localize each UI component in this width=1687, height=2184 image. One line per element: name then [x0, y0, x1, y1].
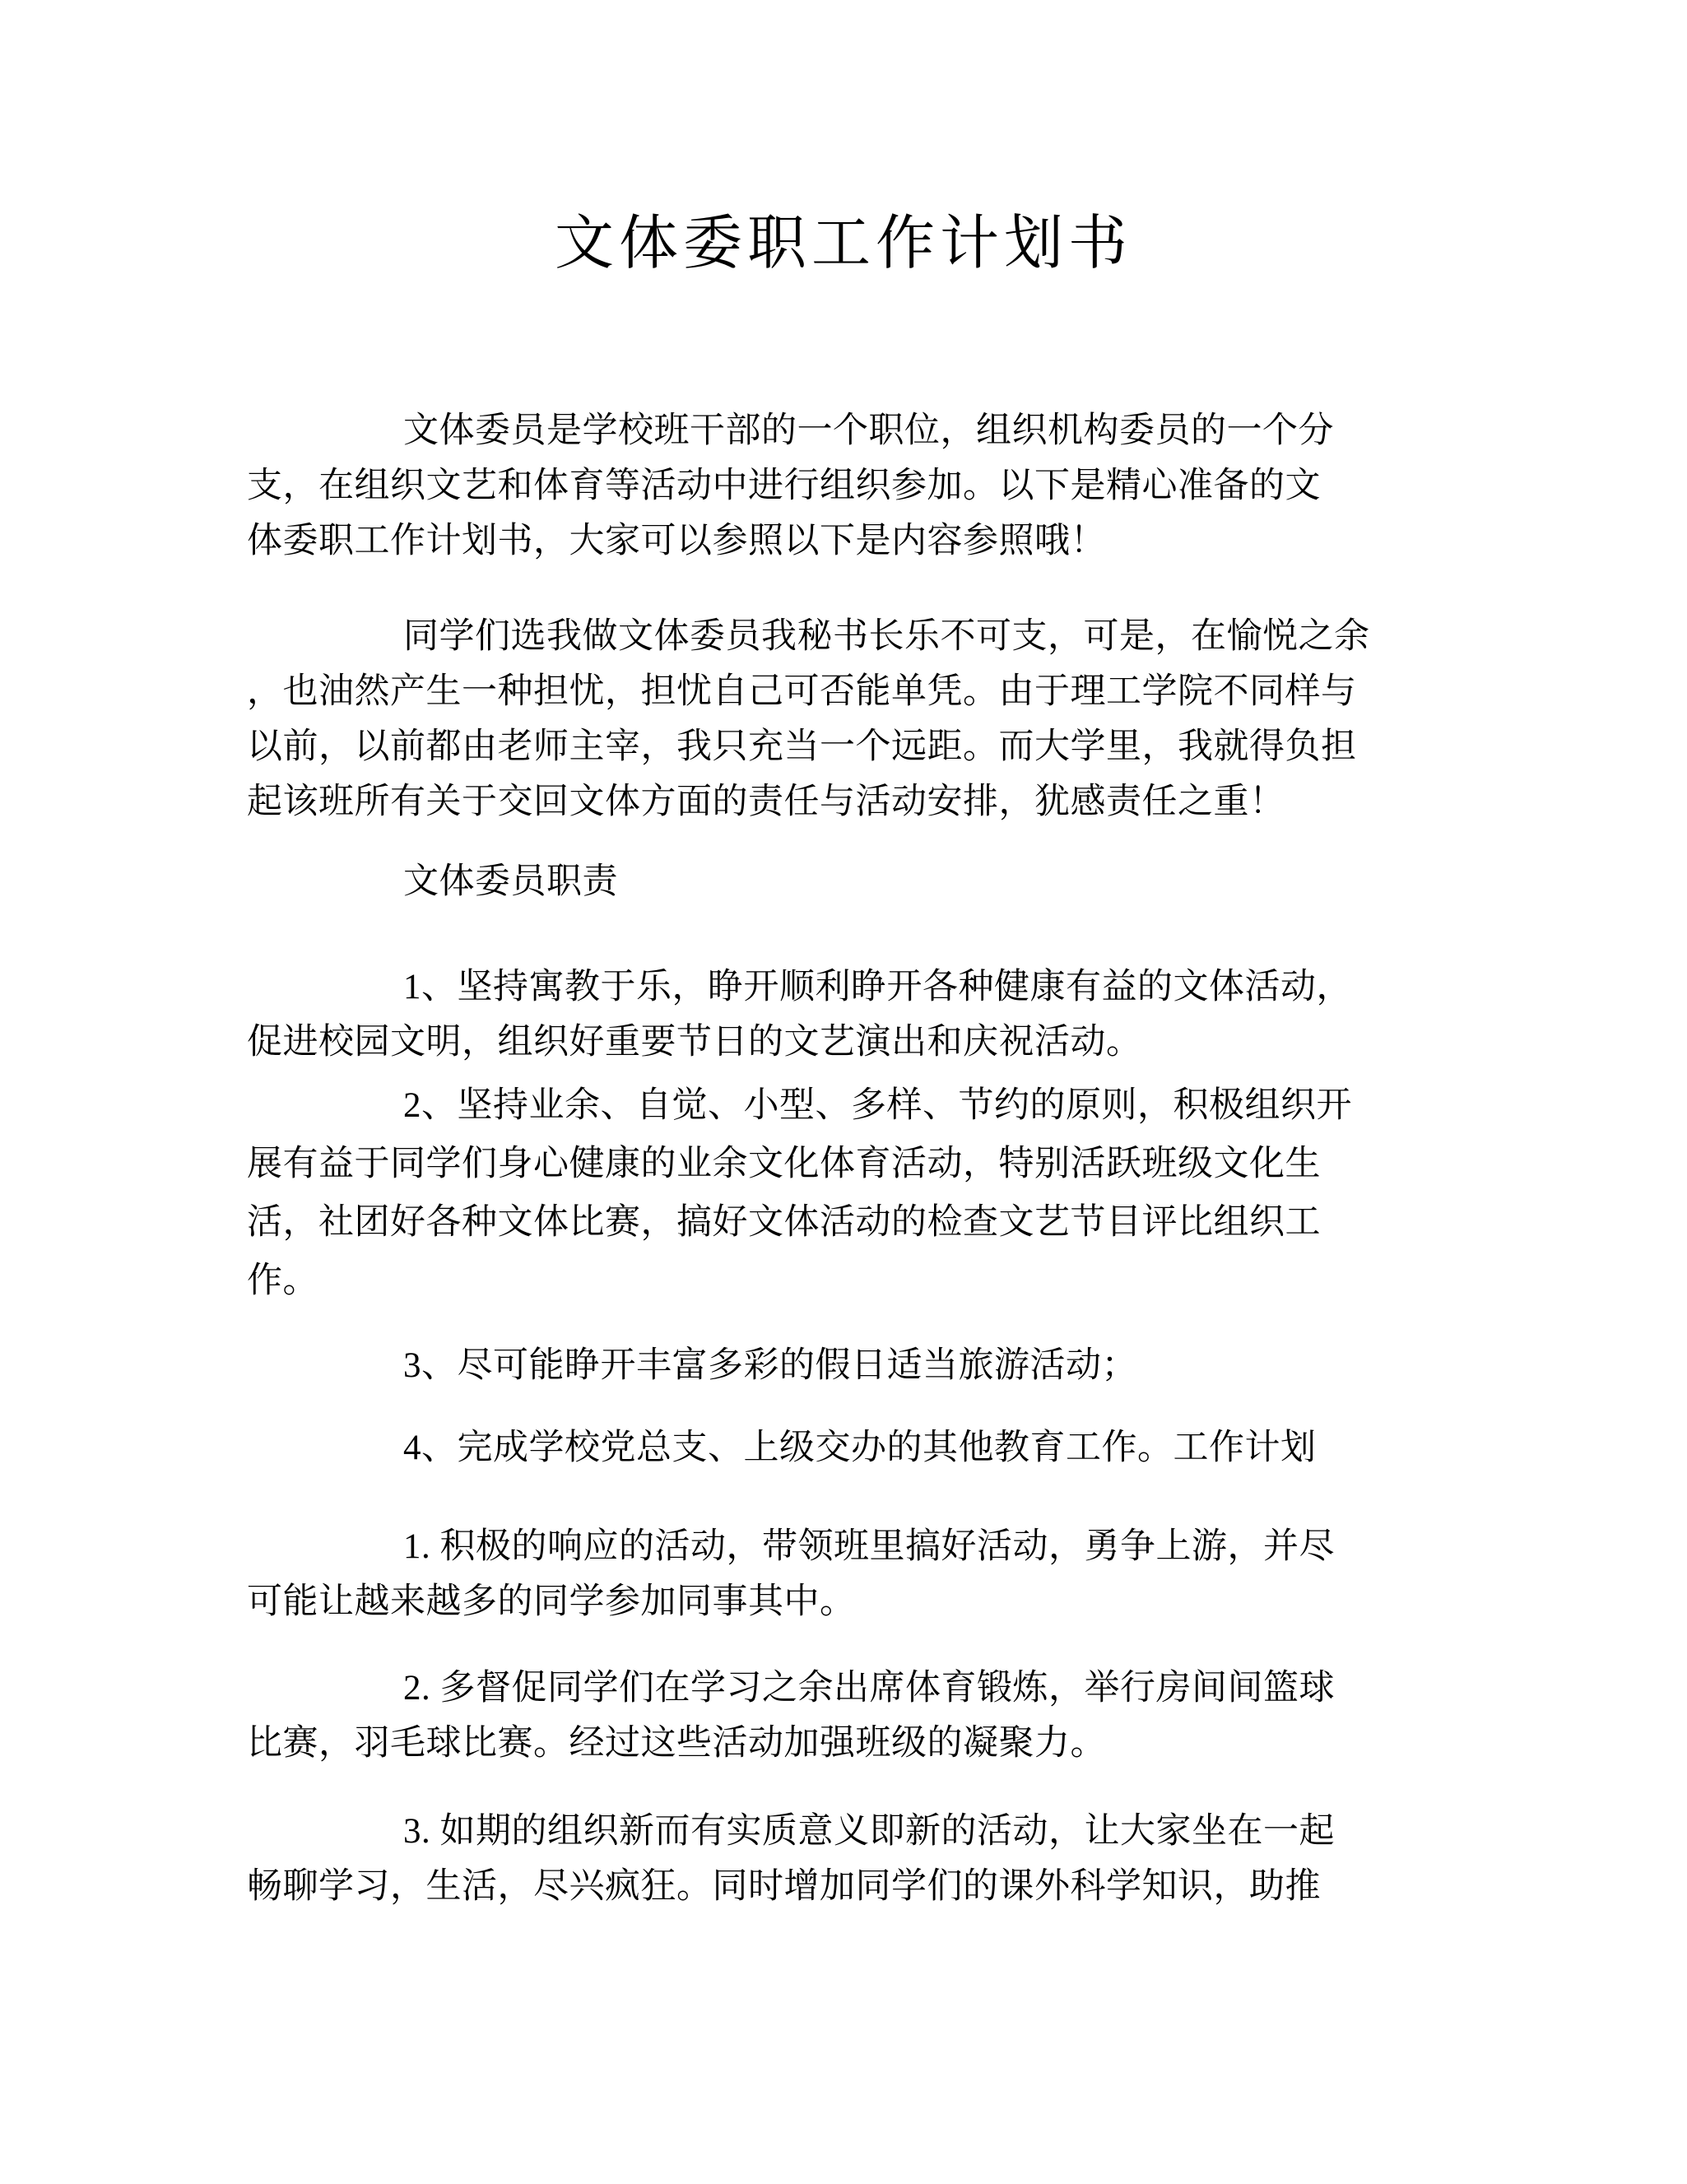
paragraph-speech: 同学们选我做文体委员我秘书长乐不可支，可是，在愉悦之余 ，也油然产生一种担忧，担… [247, 609, 1350, 829]
text-line: 2. 多督促同学们在学习之余出席体育锻炼，举行房间间篮球 [247, 1661, 1350, 1716]
text-line: 4、完成学校党总支、上级交办的其他教育工作。工作计划 [247, 1420, 1350, 1475]
text-line: ，也油然产生一种担忧，担忧自己可否能单凭。由于理工学院不同样与 [247, 664, 1350, 719]
document-title: 文体委职工作计划书 [0, 204, 1687, 283]
paragraph-plan-2: 2. 多督促同学们在学习之余出席体育锻炼，举行房间间篮球 比赛，羽毛球比赛。经过… [247, 1661, 1350, 1771]
text-line: 活，社团好各种文体比赛，搞好文体活动的检查文艺节目评比组织工 [247, 1193, 1350, 1252]
paragraph-intro: 文体委员是学校班干部的一个职位，组织机构委员的一个分 支，在组织文艺和体育等活动… [247, 403, 1350, 569]
paragraph-duty-3: 3、尽可能睁开丰富多彩的假日适当旅游活动； [247, 1338, 1350, 1393]
paragraph-duty-4: 4、完成学校党总支、上级交办的其他教育工作。工作计划 [247, 1420, 1350, 1475]
document-page: 文体委职工作计划书 文体委员是学校班干部的一个职位，组织机构委员的一个分 支，在… [0, 0, 1687, 2184]
text-line: 文体委员是学校班干部的一个职位，组织机构委员的一个分 [247, 403, 1350, 458]
text-line: 展有益于同学们身心健康的业余文化体育活动，特别活跃班级文化生 [247, 1135, 1350, 1193]
text-line: 文体委员职责 [247, 854, 1350, 909]
section-heading-duties: 文体委员职责 [247, 854, 1350, 909]
paragraph-duty-1: 1、坚持寓教于乐，睁开顺利睁开各种健康有益的文体活动， 促进校园文明，组织好重要… [247, 960, 1350, 1070]
paragraph-duty-2: 2、坚持业余、自觉、小型、多样、节约的原则，积极组织开 展有益于同学们身心健康的… [247, 1076, 1350, 1310]
text-line: 促进校园文明，组织好重要节日的文艺演出和庆祝活动。 [247, 1015, 1350, 1070]
text-line: 以前，以前都由老师主宰，我只充当一个远距。而大学里，我就得负担 [247, 719, 1350, 774]
text-line: 3、尽可能睁开丰富多彩的假日适当旅游活动； [247, 1338, 1350, 1393]
text-line: 比赛，羽毛球比赛。经过这些活动加强班级的凝聚力。 [247, 1716, 1350, 1771]
text-line: 作。 [247, 1252, 1350, 1310]
text-line: 1. 积极的响应的活动，带领班里搞好活动，勇争上游，并尽 [247, 1519, 1350, 1574]
text-line: 畅聊学习，生活，尽兴疯狂。同时增加同学们的课外科学知识，助推 [247, 1859, 1350, 1914]
text-line: 可能让越来越多的同学参加同事其中。 [247, 1574, 1350, 1629]
paragraph-plan-3: 3. 如期的组织新而有实质意义即新的活动，让大家坐在一起 畅聊学习，生活，尽兴疯… [247, 1804, 1350, 1914]
text-line: 3. 如期的组织新而有实质意义即新的活动，让大家坐在一起 [247, 1804, 1350, 1859]
paragraph-plan-1: 1. 积极的响应的活动，带领班里搞好活动，勇争上游，并尽 可能让越来越多的同学参… [247, 1519, 1350, 1629]
text-line: 同学们选我做文体委员我秘书长乐不可支，可是，在愉悦之余 [247, 609, 1350, 664]
text-line: 2、坚持业余、自觉、小型、多样、节约的原则，积极组织开 [247, 1076, 1350, 1135]
text-line: 支，在组织文艺和体育等活动中进行组织参加。以下是精心准备的文 [247, 458, 1350, 513]
text-line: 1、坚持寓教于乐，睁开顺利睁开各种健康有益的文体活动， [247, 960, 1350, 1015]
text-line: 起该班所有关于交回文体方面的责任与活动安排，犹感责任之重！ [247, 774, 1350, 829]
text-line: 体委职工作计划书，大家可以参照以下是内容参照哦！ [247, 513, 1350, 569]
